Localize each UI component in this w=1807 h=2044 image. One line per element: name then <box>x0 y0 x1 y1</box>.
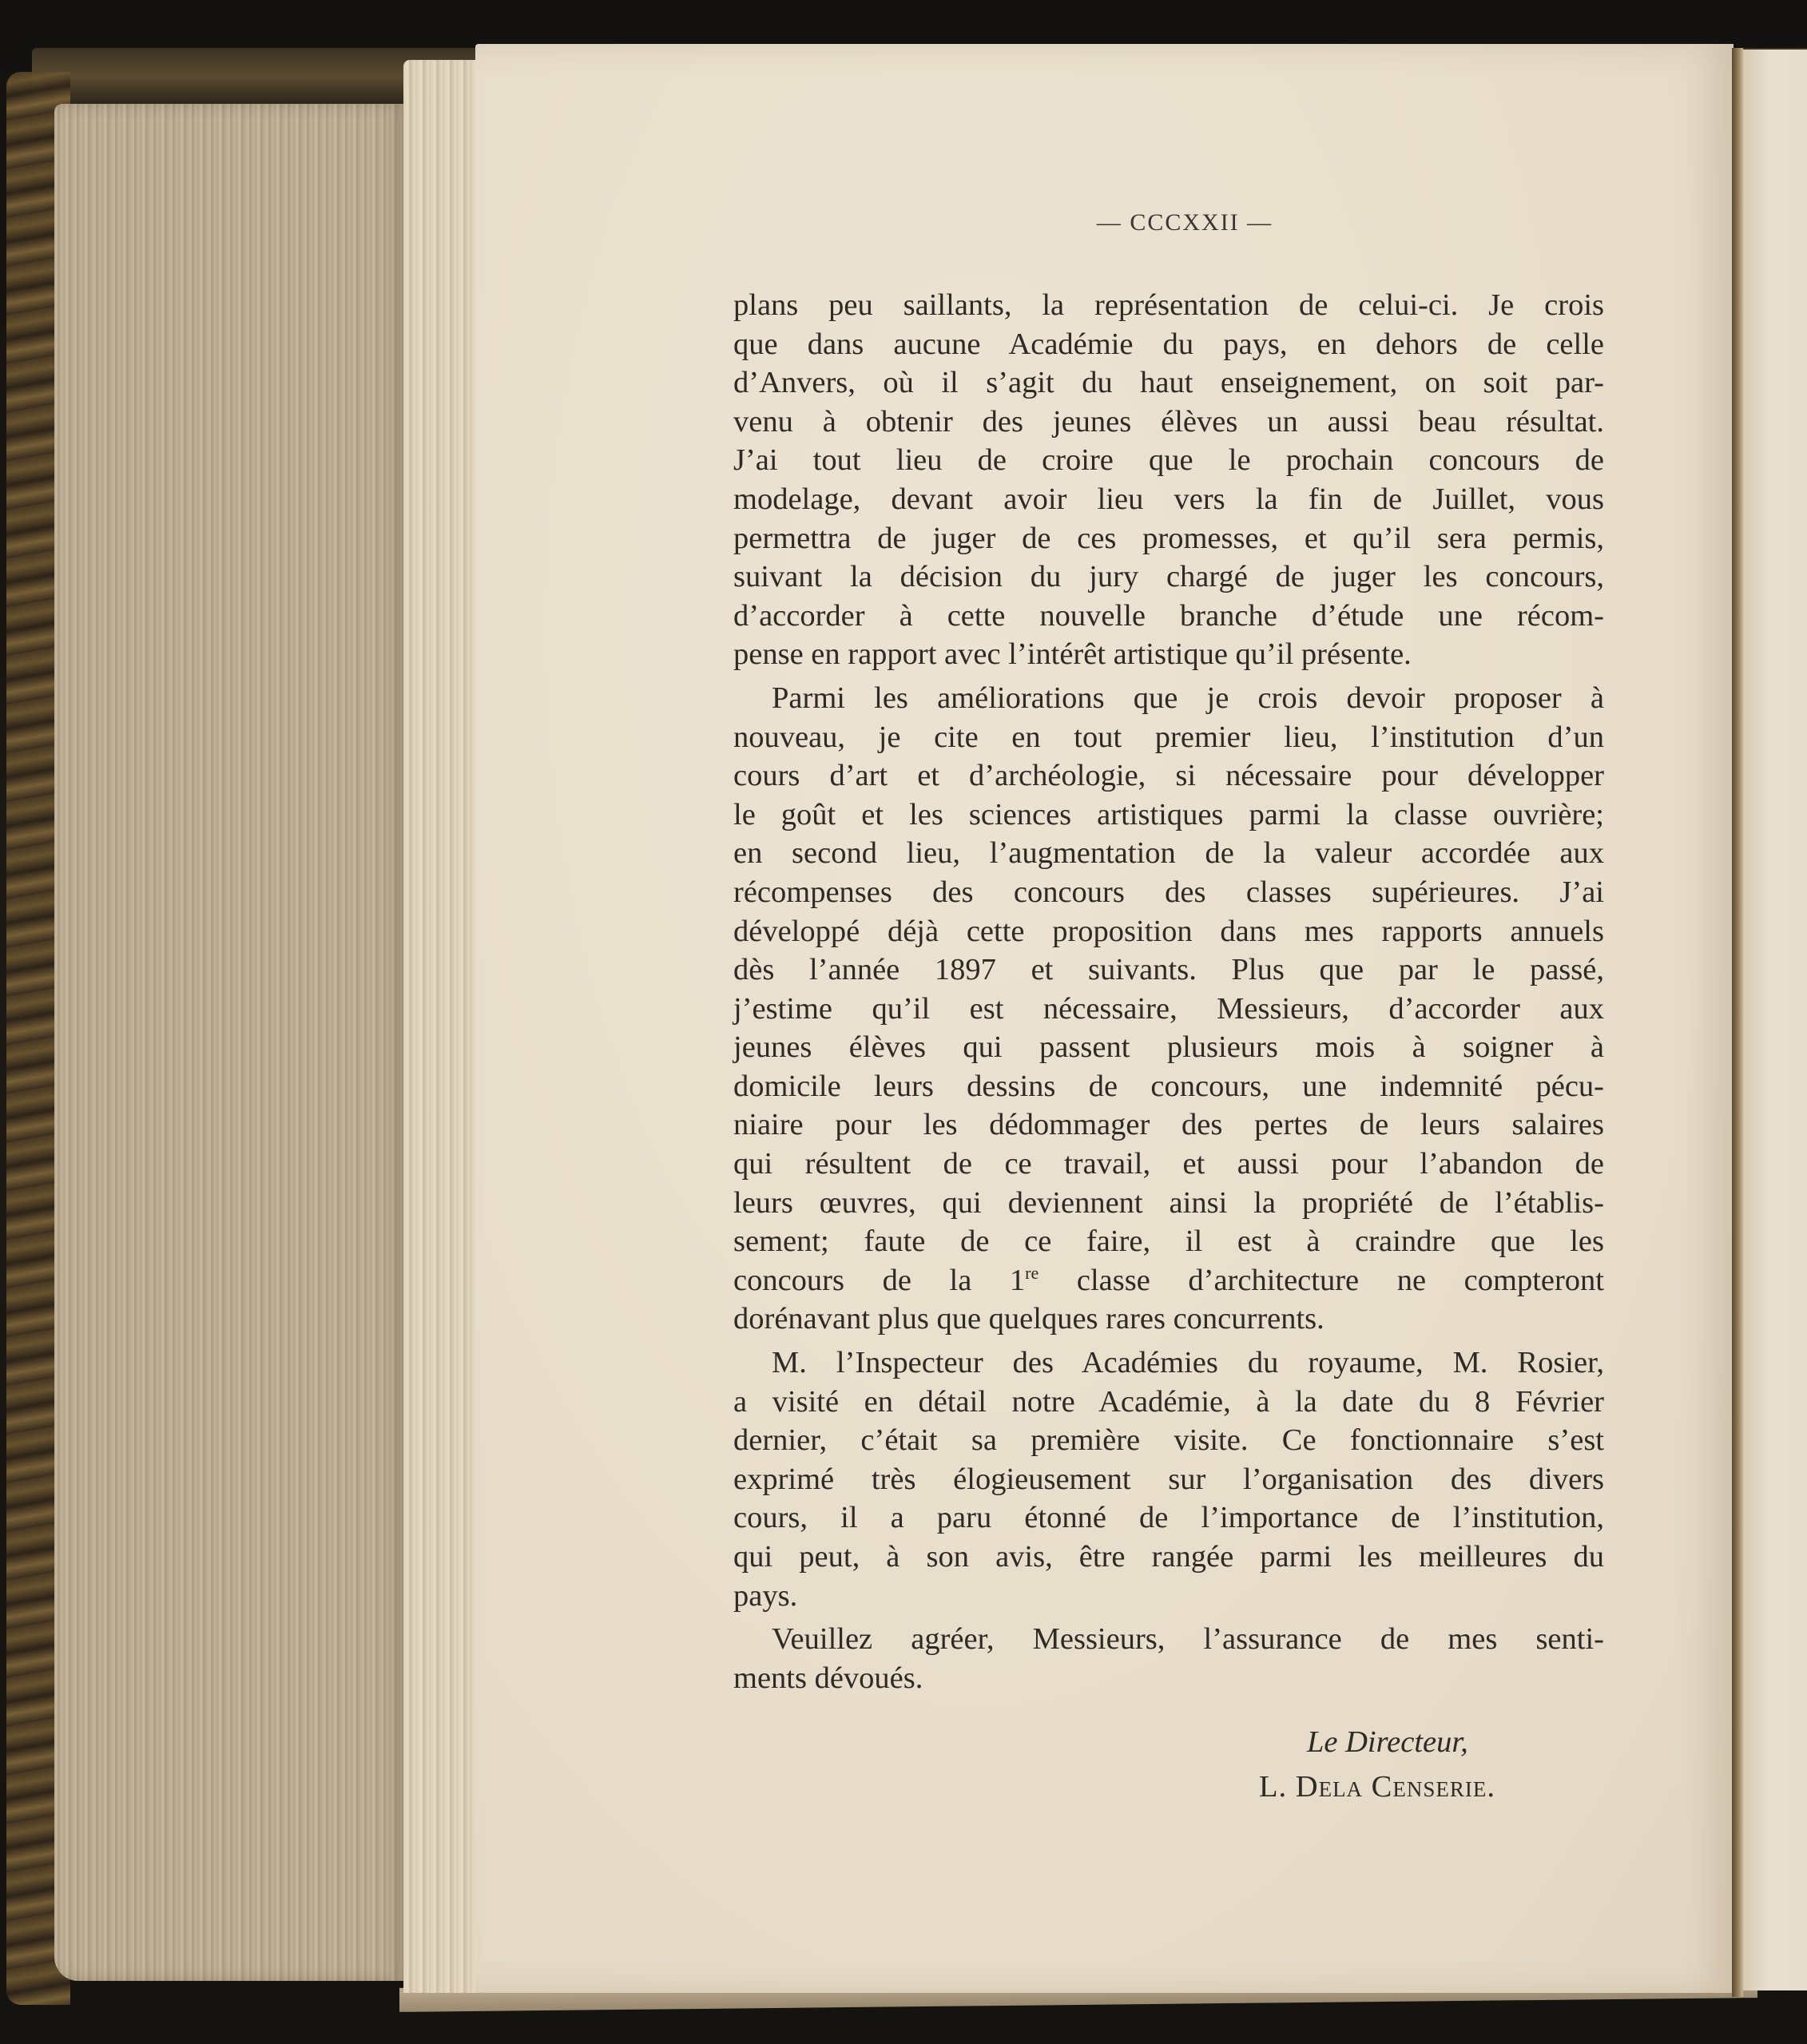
text-line: modelage, devant avoir lieu vers la fin … <box>733 480 1604 519</box>
text-line-with-ordinal: concours de la 1re classe d’architecture… <box>733 1261 1604 1300</box>
text-line: plans peu saillants, la représentation d… <box>733 286 1604 325</box>
text-line: dès l’année 1897 et suivants. Plus que p… <box>733 951 1604 990</box>
text-line: Veuillez agréer, Messieurs, l’assurance … <box>733 1620 1604 1659</box>
text-line: développé déjà cette proposition dans me… <box>733 912 1604 951</box>
text-line: dernier, c’était sa première visite. Ce … <box>733 1421 1604 1460</box>
text-line: jeunes élèves qui passent plusieurs mois… <box>733 1028 1604 1067</box>
text-line: qui peut, à son avis, être rangée parmi … <box>733 1538 1604 1577</box>
text-line: M. l’Inspecteur des Académies du royaume… <box>733 1343 1604 1383</box>
text-line: pays. <box>733 1577 1604 1616</box>
scanned-book-spread: — CCCXXII — plans peu saillants, la repr… <box>0 0 1807 2044</box>
signature-title: Le Directeur, <box>733 1720 1604 1764</box>
text-line: exprimé très élogieusement sur l’organis… <box>733 1460 1604 1499</box>
signature-block: Le Directeur, L. Dela Censerie. <box>733 1720 1604 1809</box>
text-line: cours d’art et d’archéologie, si nécessa… <box>733 756 1604 796</box>
running-head-page-number: — CCCXXII — <box>765 209 1604 236</box>
text-line: leurs œuvres, qui deviennent ainsi la pr… <box>733 1184 1604 1223</box>
text-line: venu à obtenir des jeunes élèves un auss… <box>733 403 1604 442</box>
text-line: pense en rapport avec l’intérêt artistiq… <box>733 635 1604 674</box>
text-line: d’Anvers, où il s’agit du haut enseignem… <box>733 363 1604 403</box>
page-edge-stack <box>54 104 406 1981</box>
text-line: ments dévoués. <box>733 1659 1604 1698</box>
text-line: d’accorder à cette nouvelle branche d’ét… <box>733 597 1604 636</box>
page-text-block: — CCCXXII — plans peu saillants, la repr… <box>733 209 1604 1809</box>
paragraph-1: plans peu saillants, la représentation d… <box>733 286 1604 674</box>
text-line: suivant la décision du jury chargé de ju… <box>733 558 1604 597</box>
text-line: en second lieu, l’augmentation de la val… <box>733 834 1604 873</box>
text-line: qui résultent de ce travail, et aussi po… <box>733 1145 1604 1184</box>
text-line: Parmi les améliorations que je crois dev… <box>733 679 1604 718</box>
text-line: a visité en détail notre Académie, à la … <box>733 1383 1604 1422</box>
text-line: récompenses des concours des classes sup… <box>733 873 1604 912</box>
text-line: cours, il a paru étonné de l’importance … <box>733 1498 1604 1538</box>
text-line: niaire pour les dédommager des pertes de… <box>733 1105 1604 1145</box>
text-line: domicile leurs dessins de concours, une … <box>733 1067 1604 1106</box>
text-line: le goût et les sciences artistiques parm… <box>733 796 1604 835</box>
ordinal-before: concours de la 1 <box>733 1264 1025 1297</box>
paragraph-3: M. l’Inspecteur des Académies du royaume… <box>733 1343 1604 1615</box>
ordinal-after: classe d’architecture ne compteront <box>1039 1264 1604 1297</box>
text-line: permettra de juger de ces promesses, et … <box>733 519 1604 558</box>
text-line: nouveau, je cite en tout premier lieu, l… <box>733 718 1604 757</box>
thin-page-edges <box>403 60 475 1993</box>
paragraph-2: Parmi les améliorations que je crois dev… <box>733 679 1604 1339</box>
ordinal-superscript: re <box>1025 1263 1039 1283</box>
text-line: dorénavant plus que quelques rares concu… <box>733 1300 1604 1339</box>
book-gutter <box>1732 48 1743 1997</box>
text-line: sement; faute de ce faire, il est à crai… <box>733 1222 1604 1261</box>
paragraph-4-closing: Veuillez agréer, Messieurs, l’assurance … <box>733 1620 1604 1697</box>
signature-name: L. Dela Censerie. <box>733 1764 1604 1809</box>
text-line: J’ai tout lieu de croire que le prochain… <box>733 441 1604 480</box>
facing-page-sliver <box>1743 50 1807 1990</box>
text-line: que dans aucune Académie du pays, en deh… <box>733 325 1604 364</box>
text-line: j’estime qu’il est nécessaire, Messieurs… <box>733 990 1604 1029</box>
